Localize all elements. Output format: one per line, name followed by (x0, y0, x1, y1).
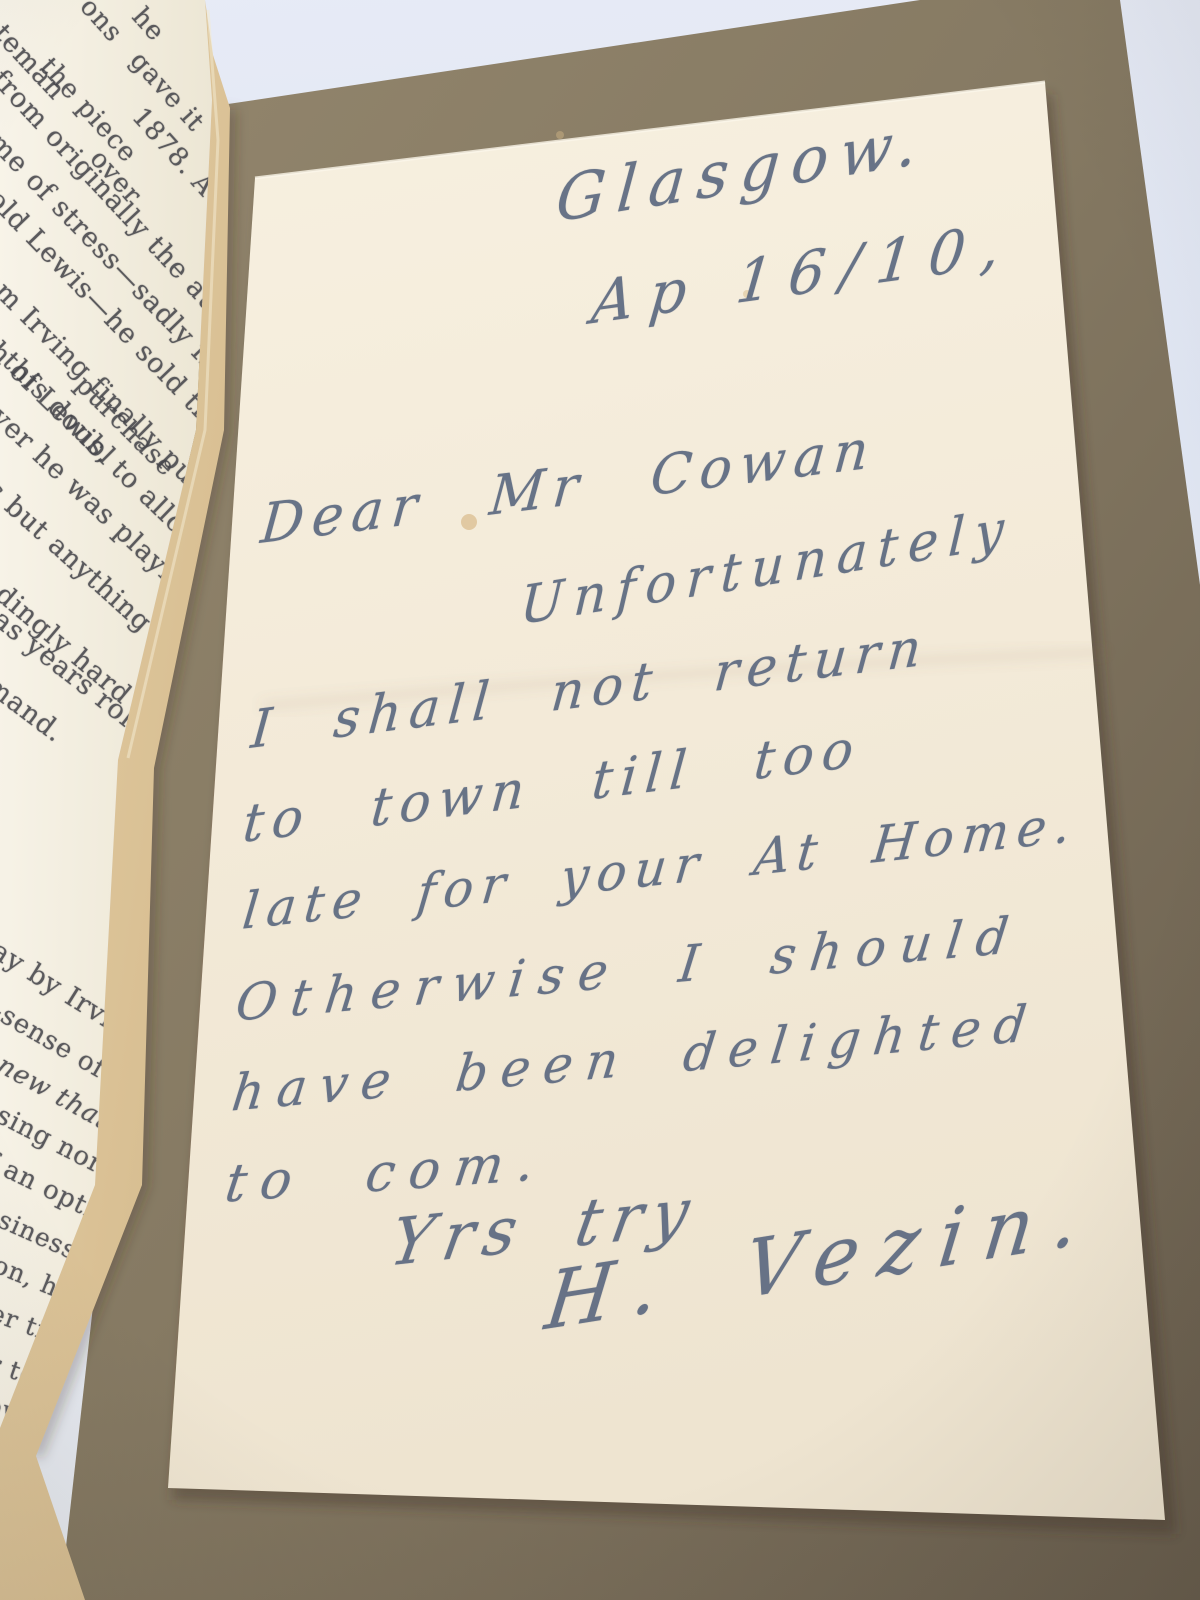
printed-text-fragment: he (126, 2, 171, 47)
printed-text-fragment: ons (74, 0, 129, 48)
photo-of-handwritten-letter-in-book: onshethe piecegave itover1878. Aatemanfr… (0, 0, 1200, 1600)
